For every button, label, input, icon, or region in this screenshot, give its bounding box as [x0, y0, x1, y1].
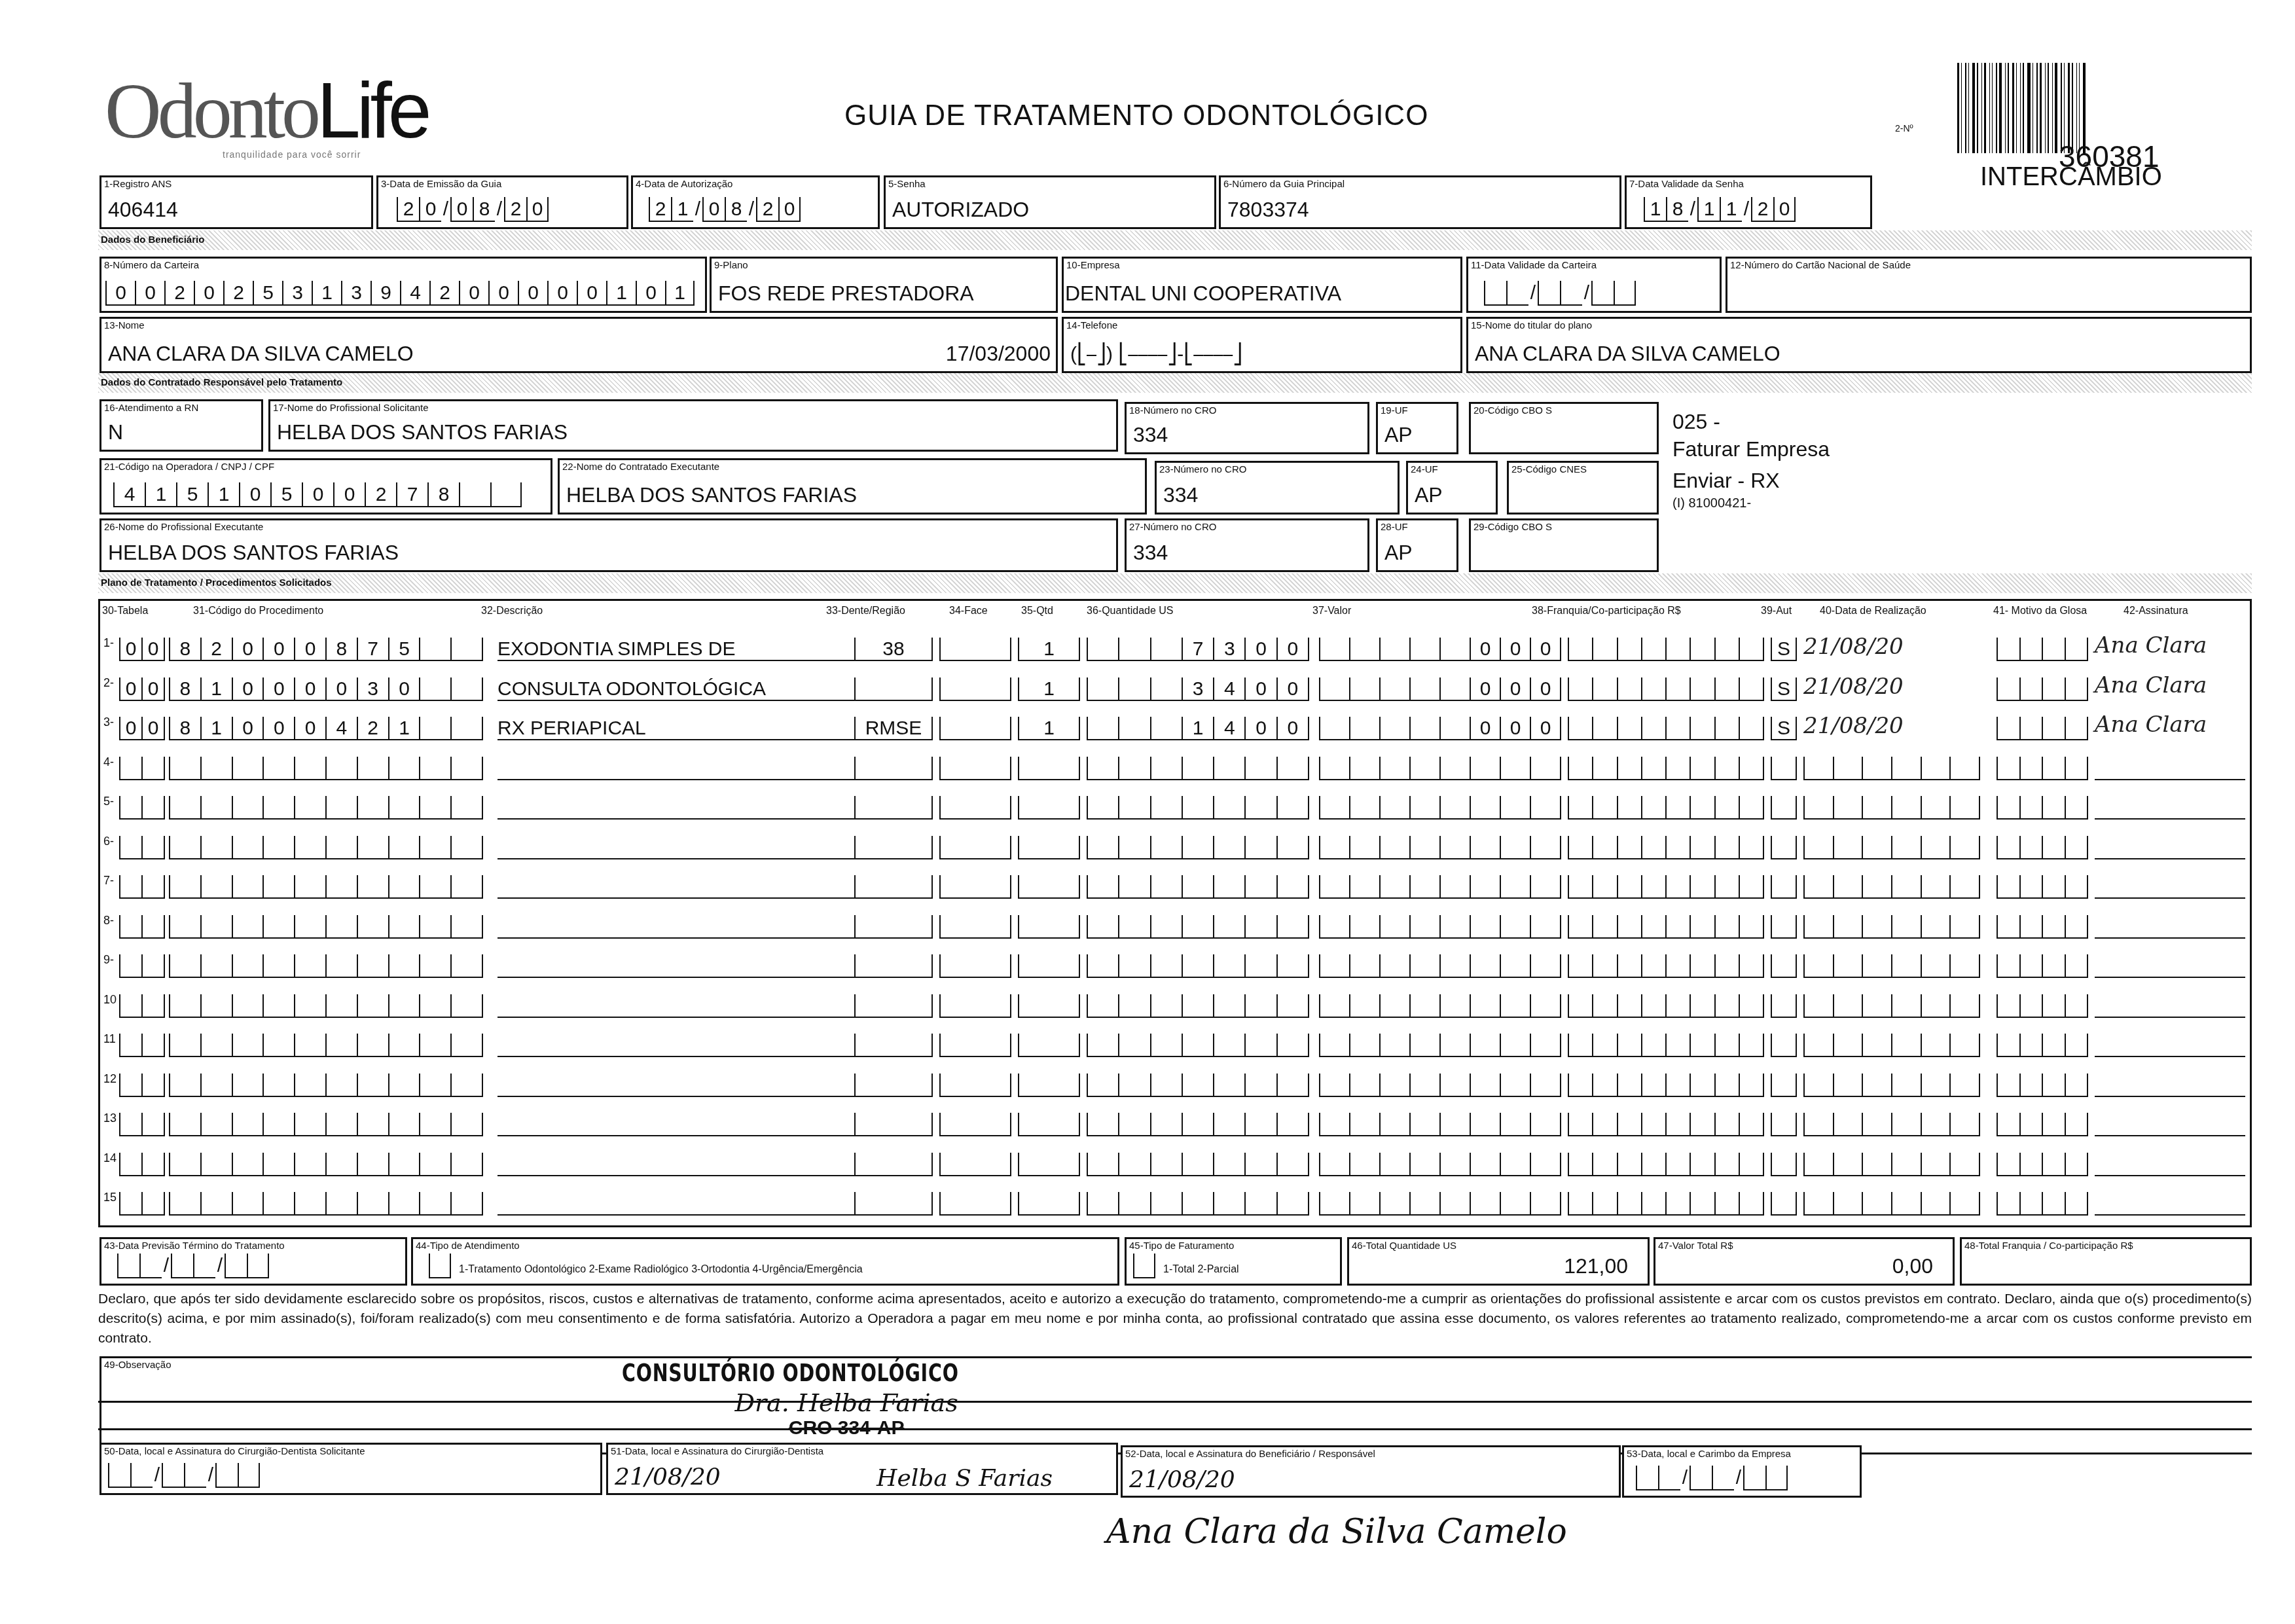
cell-group[interactable]: [854, 757, 933, 780]
cell-group[interactable]: [1087, 1074, 1309, 1097]
cell-group[interactable]: [1803, 994, 1980, 1018]
date-cells: //: [117, 1254, 269, 1278]
stamp-doctor: Dra. Helba Farias: [622, 1388, 1071, 1417]
cell-group[interactable]: [1319, 757, 1561, 780]
cell-group[interactable]: [854, 1153, 933, 1176]
cell-group[interactable]: 7300: [1087, 638, 1309, 661]
procedure-description[interactable]: [497, 1113, 864, 1136]
cell-group[interactable]: [1087, 836, 1309, 859]
cell-group[interactable]: [939, 1113, 1011, 1136]
cell-group[interactable]: [169, 1153, 483, 1176]
procedure-row[interactable]: 8-: [98, 906, 2252, 945]
cell-group[interactable]: 1: [1018, 638, 1080, 661]
cell-group[interactable]: [1997, 994, 2088, 1018]
cell-group[interactable]: [1568, 1034, 1764, 1057]
section-beneficiario: Dados do Beneficiário: [98, 230, 2252, 250]
field-carimbo-empresa[interactable]: 53-Data, local e Carimbo da Empresa //: [1622, 1445, 1862, 1498]
cell-group[interactable]: [1568, 757, 1764, 780]
field-assinatura-beneficiario[interactable]: 52-Data, local e Assinatura do Beneficiá…: [1121, 1445, 1621, 1498]
field-atendimento-rn[interactable]: 16-Atendimento a RN N: [99, 399, 263, 452]
procedure-row[interactable]: 2-0081000030CONSULTA ODONTOLÓGICA1 3400 …: [98, 668, 2252, 708]
cell-group[interactable]: [1803, 1153, 1980, 1176]
cell-group[interactable]: [1997, 1153, 2088, 1176]
realization-date[interactable]: 21/08/20: [1803, 713, 1904, 739]
field-assinatura-solicitante[interactable]: 50-Data, local e Assinatura do Cirurgião…: [99, 1443, 602, 1495]
cell-group[interactable]: [1319, 1153, 1561, 1176]
field-guia-principal[interactable]: 6-Número da Guia Principal 7803374: [1219, 175, 1621, 229]
cell-group[interactable]: [854, 915, 933, 939]
cell-group[interactable]: [119, 994, 165, 1018]
field-valor-total[interactable]: 47-Valor Total R$ 0,00: [1653, 1237, 1955, 1286]
cell-group[interactable]: [169, 875, 483, 899]
field-label: 53-Data, local e Carimbo da Empresa: [1627, 1449, 1791, 1460]
cell-group[interactable]: [1319, 836, 1561, 859]
field-nome[interactable]: 13-Nome ANA CLARA DA SILVA CAMELO 17/03/…: [99, 317, 1058, 373]
procedure-row[interactable]: 4-: [98, 748, 2252, 787]
cell-group[interactable]: [1568, 1113, 1764, 1136]
procedure-row[interactable]: 14: [98, 1144, 2252, 1183]
cell-group[interactable]: [1018, 1153, 1080, 1176]
cell-group[interactable]: [854, 1074, 933, 1097]
field-nome-titular[interactable]: 15-Nome do titular do plano ANA CLARA DA…: [1466, 317, 2252, 373]
cell-group[interactable]: [1568, 1192, 1764, 1216]
signature-line[interactable]: [2095, 1214, 2245, 1216]
cell-group[interactable]: [1087, 1192, 1309, 1216]
section-procedimentos: Plano de Tratamento / Procedimentos Soli…: [98, 573, 2252, 593]
field-codigo-operadora[interactable]: 21-Código na Operadora / CNPJ / CPF 4151…: [99, 458, 552, 514]
cell-group[interactable]: [939, 1034, 1011, 1057]
field-uf-24[interactable]: 24-UF AP: [1406, 461, 1498, 514]
cell-group[interactable]: [119, 1034, 165, 1057]
cell-group[interactable]: [939, 717, 1011, 740]
field-previsao-termino[interactable]: 43-Data Previsão Término do Tratamento /…: [99, 1237, 407, 1286]
date-cells: 20/08/20: [397, 197, 549, 222]
col-face: 34-Face: [949, 605, 988, 617]
procedure-description[interactable]: RX PERIAPICAL: [497, 717, 864, 740]
row-number: 10: [103, 993, 117, 1007]
cell-group[interactable]: [1771, 1153, 1797, 1176]
cell-group[interactable]: 1: [1018, 717, 1080, 740]
field-plano[interactable]: 9-Plano FOS REDE PRESTADORA: [710, 257, 1058, 313]
col-data: 40-Data de Realização: [1820, 605, 1926, 617]
field-label: 29-Código CBO S: [1473, 522, 1552, 533]
cell-group[interactable]: [854, 796, 933, 820]
cell-group[interactable]: RMSE: [854, 717, 933, 740]
procedure-description[interactable]: [497, 1153, 864, 1176]
field-value: 7803374: [1227, 198, 1309, 222]
cell-group[interactable]: [119, 915, 165, 939]
procedure-description[interactable]: EXODONTIA SIMPLES DE: [497, 638, 864, 661]
cell-group[interactable]: [169, 1113, 483, 1136]
tipo-atendimento-options: 1-Tratamento Odontológico 2-Exame Radiol…: [459, 1264, 863, 1276]
cell-group[interactable]: [1087, 994, 1309, 1018]
cell-group[interactable]: [939, 954, 1011, 978]
procedure-row[interactable]: 3-0081000421RX PERIAPICALRMSE1 1400 000S…: [98, 708, 2252, 747]
cell-group[interactable]: [854, 1034, 933, 1057]
cell-group[interactable]: [854, 1192, 933, 1216]
cell-group[interactable]: [1803, 1034, 1980, 1057]
row-number: 15: [103, 1191, 117, 1204]
col-qtd: 35-Qtd: [1021, 605, 1053, 617]
cell-group[interactable]: [1997, 875, 2088, 899]
cell-group[interactable]: [1997, 757, 2088, 780]
procedure-row[interactable]: 13: [98, 1104, 2252, 1143]
clinic-stamp: CONSULTÓRIO ODONTOLÓGICO Dra. Helba Fari…: [622, 1358, 1071, 1439]
field-contratado-executante[interactable]: 22-Nome do Contratado Executante HELBA D…: [558, 458, 1147, 514]
field-empresa[interactable]: 10-Empresa DENTAL UNI COOPERATIVA: [1062, 257, 1462, 313]
row-number: 5-: [103, 795, 114, 808]
cell-group[interactable]: [119, 1153, 165, 1176]
cell-group[interactable]: [1087, 915, 1309, 939]
field-data-autorizacao[interactable]: 4-Data de Autorização 21/08/20: [631, 175, 880, 229]
signature-line[interactable]: [2095, 897, 2245, 899]
procedure-row[interactable]: 12: [98, 1064, 2252, 1104]
cell-group[interactable]: [1568, 836, 1764, 859]
field-observacao[interactable]: 49-Observação: [99, 1356, 2252, 1454]
field-cro-23[interactable]: 23-Número no CRO 334: [1155, 461, 1400, 514]
field-label: 19-UF: [1381, 405, 1408, 416]
cell-group[interactable]: [1771, 915, 1797, 939]
observation-line: [98, 1401, 2252, 1403]
field-value: 121,00: [1564, 1254, 1628, 1278]
cell-group[interactable]: [1319, 994, 1561, 1018]
cell-group[interactable]: [1018, 1074, 1080, 1097]
procedure-row[interactable]: 15: [98, 1183, 2252, 1222]
cell-group[interactable]: [1771, 757, 1797, 780]
cell-group[interactable]: [1771, 836, 1797, 859]
col-assinatura: 42-Assinatura: [2123, 605, 2188, 617]
cell-group[interactable]: [119, 836, 165, 859]
cell-group[interactable]: [1018, 1034, 1080, 1057]
field-value: AUTORIZADO: [892, 198, 1029, 222]
cell-group[interactable]: [119, 1074, 165, 1097]
field-label: 9-Plano: [714, 260, 748, 271]
cell-group[interactable]: [1771, 875, 1797, 899]
realization-date[interactable]: 21/08/20: [1803, 634, 1904, 660]
field-label: 7-Data Validade da Senha: [1629, 179, 1744, 190]
cell-group[interactable]: [854, 677, 933, 701]
cell-group[interactable]: 00: [119, 717, 165, 740]
cell-group[interactable]: [1087, 757, 1309, 780]
row-signature: Ana Clara: [2095, 712, 2207, 738]
cell-group[interactable]: [1319, 1113, 1561, 1136]
field-registro-ans[interactable]: 1-Registro ANS 406414: [99, 175, 373, 229]
row-number: 12: [103, 1072, 117, 1086]
procedure-description[interactable]: [497, 757, 864, 780]
field-label: 11-Data Validade da Carteira: [1471, 260, 1597, 271]
signature-line[interactable]: [2095, 977, 2245, 978]
row-number: 14: [103, 1151, 117, 1165]
cell-group[interactable]: [939, 994, 1011, 1018]
procedure-row[interactable]: 9-: [98, 945, 2252, 984]
cell-group[interactable]: [1319, 875, 1561, 899]
procedure-description[interactable]: [497, 954, 864, 978]
declaration-text: Declaro, que após ter sido devidamente e…: [98, 1290, 2252, 1348]
cell-group[interactable]: [1803, 1074, 1980, 1097]
cell-group[interactable]: 000: [1319, 638, 1561, 661]
cell-group[interactable]: [1568, 1074, 1764, 1097]
row-number: 3-: [103, 715, 114, 729]
field-senha[interactable]: 5-Senha AUTORIZADO: [884, 175, 1216, 229]
note-code: 025 -: [1672, 410, 1720, 434]
cell-group[interactable]: [1997, 1192, 2088, 1216]
cell-group[interactable]: [1568, 875, 1764, 899]
cell-group[interactable]: [1803, 757, 1980, 780]
procedure-row[interactable]: 7-: [98, 866, 2252, 905]
procedure-description[interactable]: CONSULTA ODONTOLÓGICA: [497, 677, 864, 701]
cell-group[interactable]: [1018, 875, 1080, 899]
procedure-row[interactable]: 6-: [98, 827, 2252, 866]
procedure-description[interactable]: [497, 1074, 864, 1097]
procedure-description[interactable]: [497, 994, 864, 1018]
field-tipo-faturamento[interactable]: 45-Tipo de Faturamento 1-Total 2-Parcial: [1125, 1237, 1342, 1286]
cell-group[interactable]: [1771, 954, 1797, 978]
cell-group[interactable]: 000: [1319, 717, 1561, 740]
cell-group[interactable]: 000: [1319, 677, 1561, 701]
cell-group[interactable]: [1087, 796, 1309, 820]
cell-group[interactable]: [1568, 638, 1764, 661]
signature-line[interactable]: [2095, 779, 2245, 780]
field-telefone[interactable]: 14-Telefone (⎣⎯⎦) ⎣⎯⎯⎯⎯⎦-⎣⎯⎯⎯⎯⎦: [1062, 317, 1462, 373]
field-uf-28[interactable]: 28-UF AP: [1376, 518, 1458, 572]
field-tipo-atendimento[interactable]: 44-Tipo de Atendimento 1-Tratamento Odon…: [411, 1237, 1119, 1286]
signature-line[interactable]: [2095, 858, 2245, 859]
cell-group[interactable]: [1568, 796, 1764, 820]
field-value: DENTAL UNI COOPERATIVA: [1065, 281, 1341, 306]
cell-group[interactable]: [1319, 915, 1561, 939]
signature-line[interactable]: [2095, 937, 2245, 939]
field-label: 8-Número da Carteira: [104, 260, 199, 271]
cell-group[interactable]: [1771, 796, 1797, 820]
tipo-atendimento-checkbox[interactable]: [429, 1254, 451, 1278]
cell-group[interactable]: [1568, 677, 1764, 701]
cell-group[interactable]: 1: [1018, 677, 1080, 701]
cell-group[interactable]: [1568, 717, 1764, 740]
field-value: AP: [1384, 541, 1413, 565]
cell-group[interactable]: [1568, 1153, 1764, 1176]
field-cro-27[interactable]: 27-Número no CRO 334: [1125, 518, 1369, 572]
cell-group[interactable]: [1803, 796, 1980, 820]
procedure-row[interactable]: 10: [98, 985, 2252, 1024]
cell-group[interactable]: [1568, 915, 1764, 939]
cell-group[interactable]: [1018, 757, 1080, 780]
field-label: 26-Nome do Profissional Executante: [104, 522, 263, 533]
signature-line[interactable]: [2095, 1175, 2245, 1176]
cell-group[interactable]: [1997, 836, 2088, 859]
cell-group[interactable]: [1771, 994, 1797, 1018]
cell-group[interactable]: [169, 954, 483, 978]
cell-group[interactable]: [939, 836, 1011, 859]
cell-group[interactable]: [939, 638, 1011, 661]
procedure-description[interactable]: [497, 1034, 864, 1057]
field-numero-carteira[interactable]: 8-Número da Carteira 0020253139420000010…: [99, 257, 707, 313]
cell-group[interactable]: [1803, 915, 1980, 939]
cell-group[interactable]: [1997, 638, 2088, 661]
cell-group[interactable]: [1018, 1113, 1080, 1136]
cell-group[interactable]: [1018, 1192, 1080, 1216]
cell-group[interactable]: [939, 915, 1011, 939]
cell-group[interactable]: [1771, 1192, 1797, 1216]
cell-group[interactable]: [939, 677, 1011, 701]
cell-group[interactable]: [1803, 954, 1980, 978]
procedure-description[interactable]: [497, 836, 864, 859]
cell-group[interactable]: 3400: [1087, 677, 1309, 701]
row-number: 9-: [103, 953, 114, 967]
procedure-description[interactable]: [497, 875, 864, 899]
cell-group[interactable]: [169, 1074, 483, 1097]
cell-group[interactable]: [854, 954, 933, 978]
cell-group[interactable]: [1997, 1113, 2088, 1136]
cell-group[interactable]: [1319, 954, 1561, 978]
cell-group[interactable]: 00: [119, 677, 165, 701]
tipo-faturamento-checkbox[interactable]: [1133, 1254, 1155, 1278]
cell-group[interactable]: 00: [119, 638, 165, 661]
cell-group[interactable]: [169, 1192, 483, 1216]
col-dente: 33-Dente/Região: [826, 605, 905, 617]
cell-group[interactable]: [854, 994, 933, 1018]
field-total-us[interactable]: 46-Total Quantidade US 121,00: [1347, 1237, 1650, 1286]
field-uf-19[interactable]: 19-UF AP: [1376, 402, 1458, 454]
cell-group[interactable]: [854, 836, 933, 859]
cell-group[interactable]: [1018, 836, 1080, 859]
cell-group[interactable]: [169, 1034, 483, 1057]
field-label: 10-Empresa: [1066, 260, 1120, 271]
field-value: HELBA DOS SANTOS FARIAS: [277, 420, 568, 444]
cell-group[interactable]: [119, 875, 165, 899]
field-cro-18[interactable]: 18-Número no CRO 334: [1125, 402, 1369, 454]
field-cnes-25[interactable]: 25-Código CNES: [1507, 461, 1659, 514]
field-label: 48-Total Franquia / Co-participação R$: [1964, 1240, 2133, 1252]
cell-group[interactable]: [1319, 1034, 1561, 1057]
row-number: 13: [103, 1111, 117, 1125]
odontolife-logo: OdontoLife: [105, 65, 427, 156]
field-validade-carteira[interactable]: 11-Data Validade da Carteira //: [1466, 257, 1722, 313]
cell-group[interactable]: [1018, 796, 1080, 820]
signature-line[interactable]: [2095, 1017, 2245, 1018]
realization-date[interactable]: 21/08/20: [1803, 674, 1904, 700]
cell-group[interactable]: [1997, 954, 2088, 978]
cell-group[interactable]: [169, 994, 483, 1018]
cell-group[interactable]: [1087, 954, 1309, 978]
cell-group[interactable]: [939, 757, 1011, 780]
cell-group[interactable]: [1803, 1113, 1980, 1136]
cell-group[interactable]: 38: [854, 638, 933, 661]
procedure-row[interactable]: 5-: [98, 787, 2252, 826]
cell-group[interactable]: [1771, 1113, 1797, 1136]
cell-group[interactable]: [119, 757, 165, 780]
field-assinatura-dentista[interactable]: 51-Data, local e Assinatura do Cirurgião…: [606, 1443, 1118, 1495]
cell-group[interactable]: [119, 1113, 165, 1136]
procedure-description[interactable]: [497, 1192, 864, 1216]
field-label: 46-Total Quantidade US: [1352, 1240, 1456, 1252]
cell-group[interactable]: [169, 757, 483, 780]
field-prof-executante[interactable]: 26-Nome do Profissional Executante HELBA…: [99, 518, 1118, 572]
row-number: 6-: [103, 835, 114, 848]
cell-group[interactable]: [169, 836, 483, 859]
signature-line[interactable]: [2095, 1096, 2245, 1097]
field-validade-senha[interactable]: 7-Data Validade da Senha 18/11/20: [1625, 175, 1872, 229]
col-descricao: 32-Descrição: [481, 605, 543, 617]
cell-group[interactable]: [1018, 994, 1080, 1018]
cell-group[interactable]: [1997, 915, 2088, 939]
cell-group[interactable]: [1018, 915, 1080, 939]
cell-group[interactable]: [169, 796, 483, 820]
signature-line[interactable]: [2095, 1135, 2245, 1136]
cell-group[interactable]: [1997, 677, 2088, 701]
cell-group[interactable]: [169, 915, 483, 939]
field-data-emissao[interactable]: 3-Data de Emissão da Guia 20/08/20: [376, 175, 628, 229]
date-cells: 21/08/20: [649, 197, 801, 222]
cell-group[interactable]: S: [1771, 677, 1797, 701]
cell-group[interactable]: [1803, 875, 1980, 899]
cell-group[interactable]: 82000875: [169, 638, 483, 661]
cell-group[interactable]: S: [1771, 638, 1797, 661]
logo-tagline: tranquilidade para você sorrir: [223, 149, 361, 160]
section-contratado: Dados do Contratado Responsável pelo Tra…: [98, 373, 2252, 393]
cell-group[interactable]: [1568, 994, 1764, 1018]
cell-group[interactable]: [854, 1113, 933, 1136]
cell-group[interactable]: [1568, 954, 1764, 978]
cell-group[interactable]: [1771, 1034, 1797, 1057]
cell-group[interactable]: 1400: [1087, 717, 1309, 740]
cell-group[interactable]: [1087, 875, 1309, 899]
field-cbos-29[interactable]: 29-Código CBO S: [1469, 518, 1659, 572]
cell-group[interactable]: [939, 875, 1011, 899]
cell-group[interactable]: [1997, 796, 2088, 820]
cell-group[interactable]: [1771, 1074, 1797, 1097]
cell-group[interactable]: [119, 796, 165, 820]
procedure-row[interactable]: 11: [98, 1024, 2252, 1064]
cell-group[interactable]: [1018, 954, 1080, 978]
field-cartao-nacional[interactable]: 12-Número do Cartão Nacional de Saúde: [1726, 257, 2252, 313]
field-value: 334: [1133, 541, 1168, 565]
field-total-franquia[interactable]: 48-Total Franquia / Co-participação R$: [1960, 1237, 2252, 1286]
cell-group[interactable]: [939, 1153, 1011, 1176]
cell-group[interactable]: [1319, 1192, 1561, 1216]
cell-group[interactable]: [1997, 1074, 2088, 1097]
signature-line[interactable]: [2095, 1056, 2245, 1057]
cell-group[interactable]: [1319, 796, 1561, 820]
cell-group[interactable]: S: [1771, 717, 1797, 740]
cell-group[interactable]: [939, 1192, 1011, 1216]
cell-group[interactable]: [1803, 1192, 1980, 1216]
cell-group[interactable]: 81000030: [169, 677, 483, 701]
field-cbos-20[interactable]: 20-Código CBO S: [1469, 402, 1659, 454]
procedure-description[interactable]: [497, 796, 864, 820]
cell-group[interactable]: [1087, 1113, 1309, 1136]
signature-line[interactable]: [2095, 818, 2245, 820]
procedure-row[interactable]: 1-0082000875EXODONTIA SIMPLES DE381 7300…: [98, 628, 2252, 668]
cell-group[interactable]: [119, 1192, 165, 1216]
cell-group[interactable]: [1319, 1074, 1561, 1097]
cell-group[interactable]: [1997, 1034, 2088, 1057]
cell-group[interactable]: [1997, 717, 2088, 740]
cell-group[interactable]: 81000421: [169, 717, 483, 740]
field-prof-solicitante[interactable]: 17-Nome do Profissional Solicitante HELB…: [268, 399, 1118, 452]
cell-group[interactable]: [119, 954, 165, 978]
cell-group[interactable]: [1087, 1153, 1309, 1176]
cell-group[interactable]: [939, 1074, 1011, 1097]
cell-group[interactable]: [854, 875, 933, 899]
date-cells: //: [108, 1463, 260, 1488]
cell-group[interactable]: [1803, 836, 1980, 859]
cell-group[interactable]: [1087, 1034, 1309, 1057]
col-qtd-us: 36-Quantidade US: [1087, 605, 1174, 617]
procedure-description[interactable]: [497, 915, 864, 939]
cell-group[interactable]: [939, 796, 1011, 820]
col-tabela: 30-Tabela: [102, 605, 148, 617]
guia-number-label: 2-Nº: [1895, 123, 1913, 134]
